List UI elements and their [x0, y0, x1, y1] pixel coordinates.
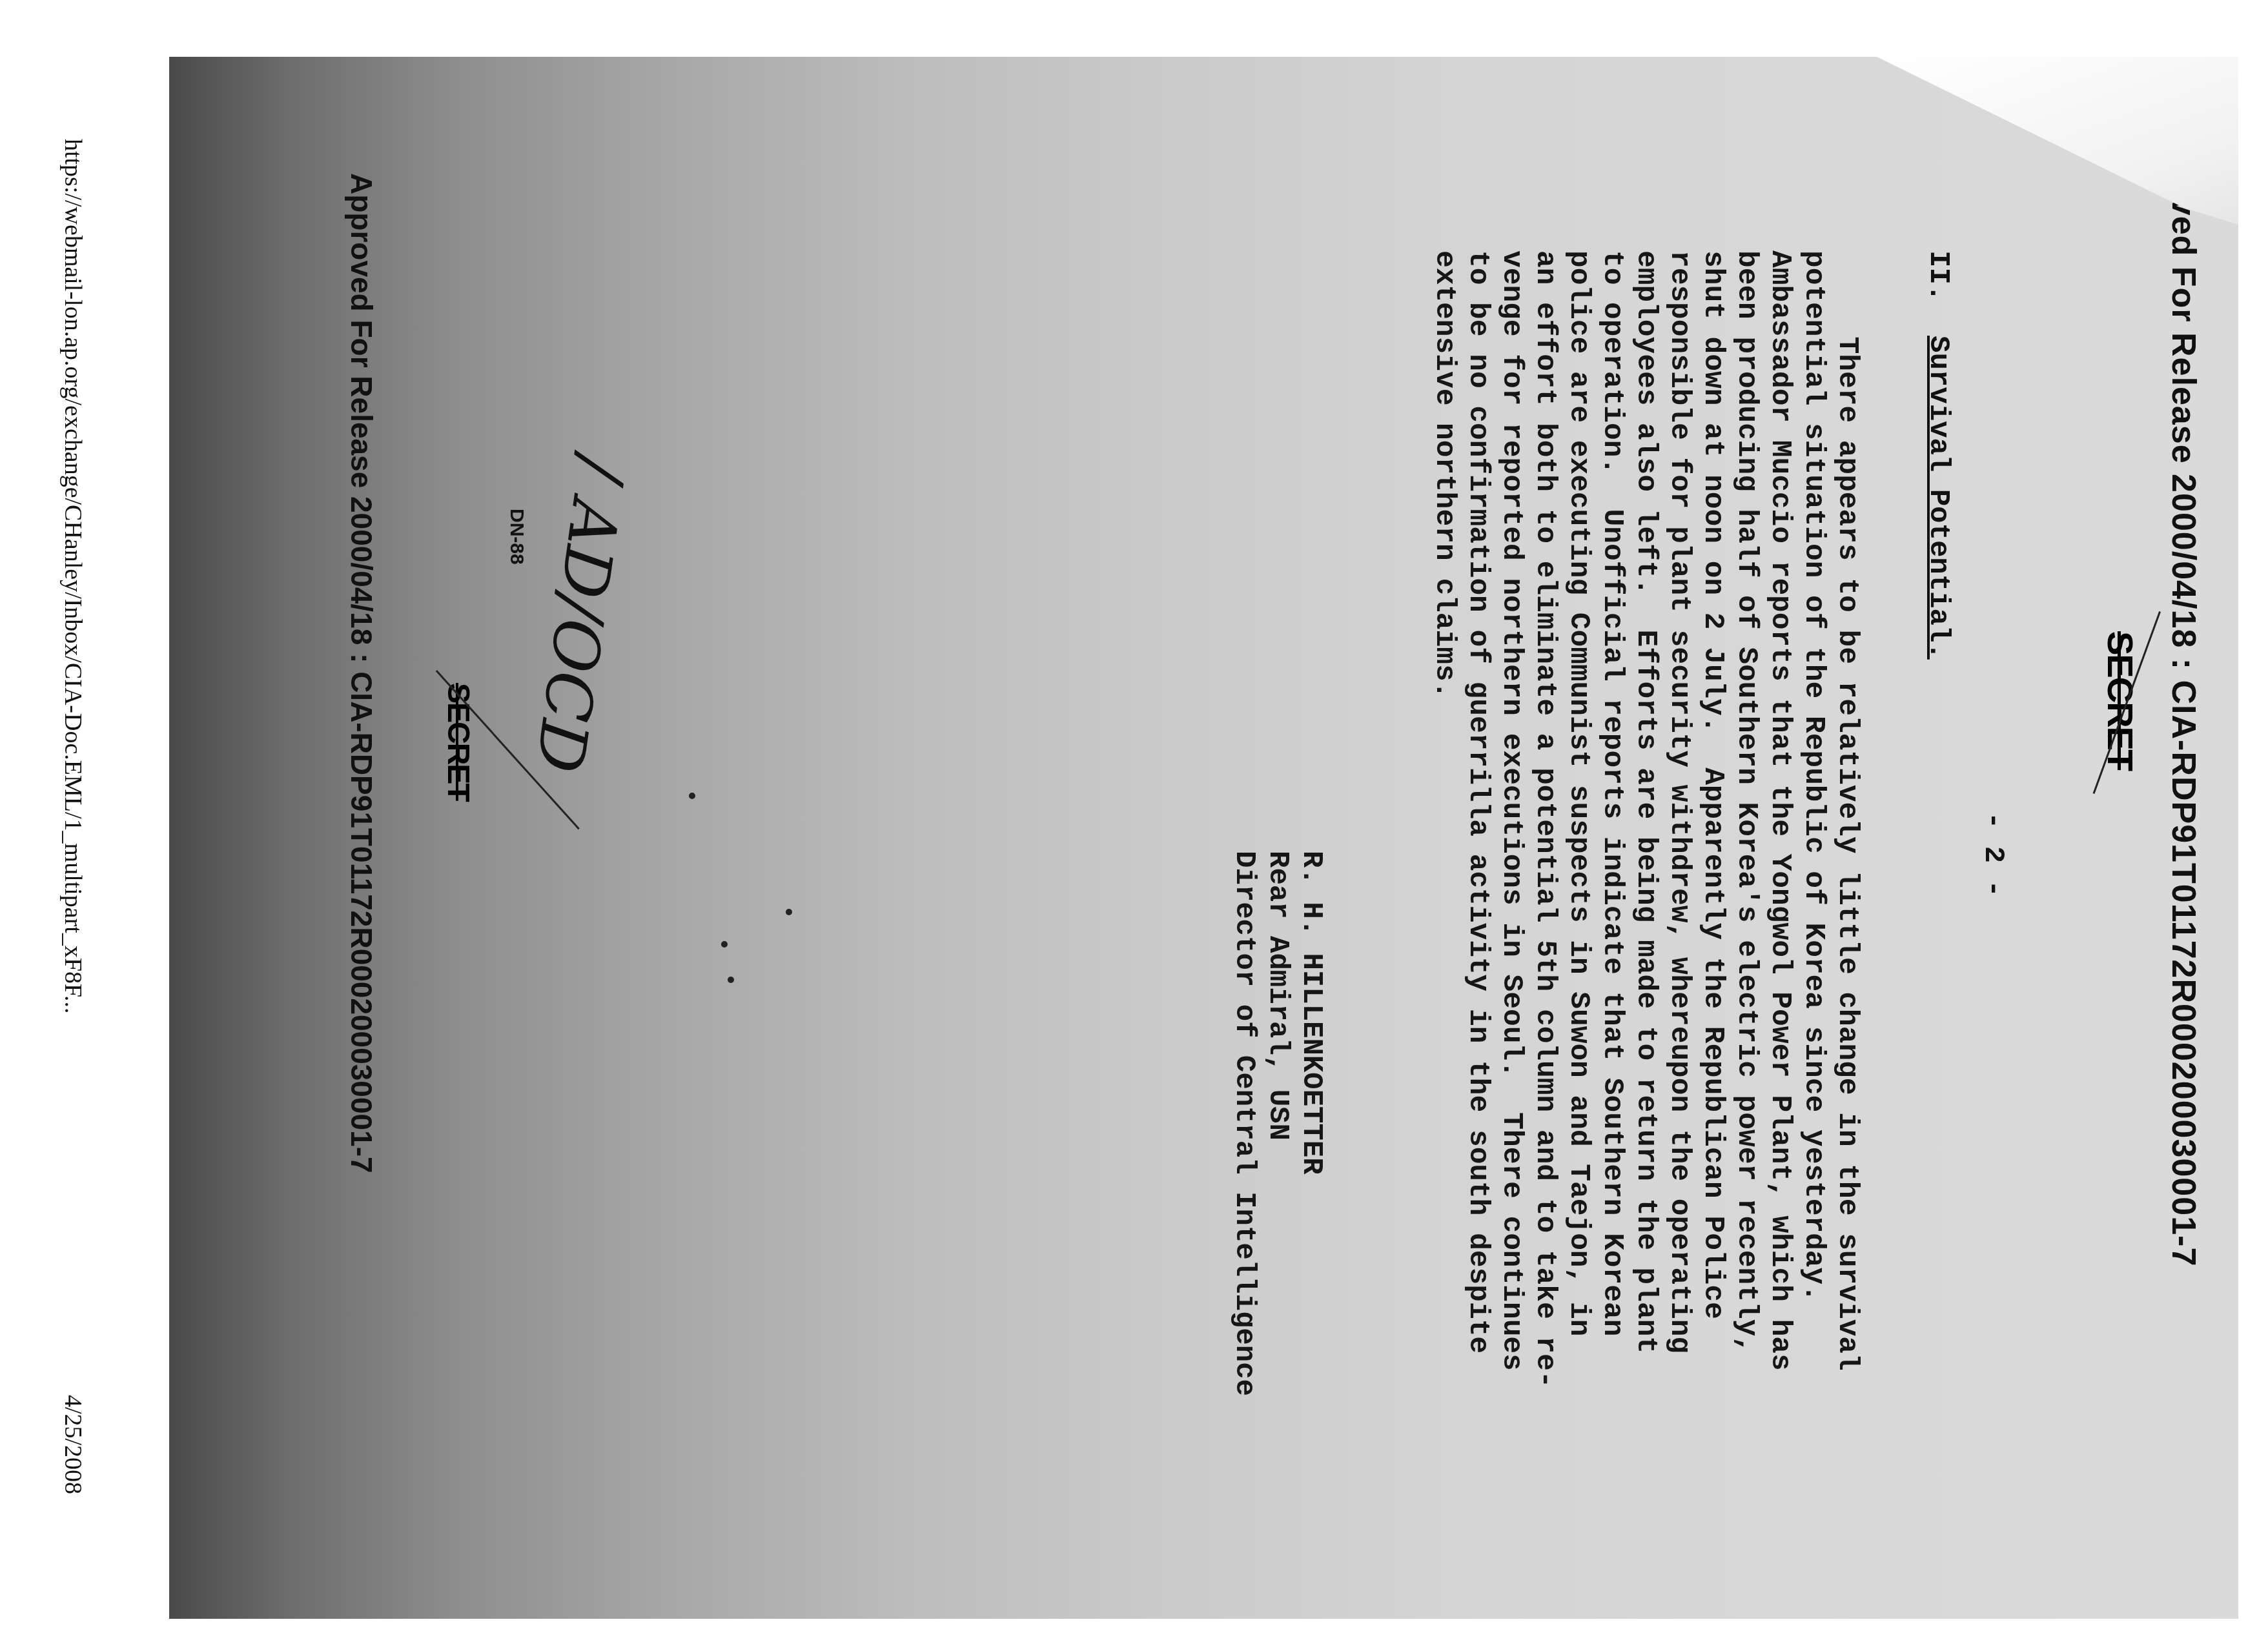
distribution-code: DN-88 — [506, 509, 527, 565]
speck — [728, 977, 734, 983]
print-url: https://webmail-lon.ap.org/exchange/CHan… — [59, 139, 87, 1014]
release-stamp-top: proved For Release 2000/04/18 : CIA-RDP9… — [2164, 141, 2203, 1266]
print-date: 4/25/2008 — [59, 1395, 87, 1494]
signature-block: R. H. HILLENKOETTER Rear Admiral, USN Di… — [1227, 851, 1328, 1396]
speck — [786, 909, 792, 915]
section-numeral: II. — [1922, 250, 1954, 301]
section-heading: II. Survival Potential. — [1922, 250, 1954, 660]
body-line: responsible for plant security withdrew,… — [1662, 250, 1696, 1541]
speck — [689, 793, 695, 799]
release-stamp-bottom: Approved For Release 2000/04/18 : CIA-RD… — [344, 173, 379, 1173]
body-line: police are executing Communist suspects … — [1562, 250, 1595, 1541]
signatory-rank: Rear Admiral, USN — [1261, 851, 1294, 1396]
body-line: to be no confirmation of guerrilla activ… — [1461, 250, 1495, 1541]
page-number: - 2 - — [1977, 812, 2009, 897]
classification-marking-top: SECRET — [2099, 631, 2141, 770]
body-line: employees also left. Efforts are being m… — [1629, 250, 1662, 1541]
body-line: potential situation of the Republic of K… — [1797, 250, 1830, 1541]
handwritten-note: / AD/OCD — [520, 453, 639, 777]
classification-marking-bottom: SECRET — [440, 683, 476, 801]
speck — [721, 941, 728, 948]
section-title: Survival Potential. — [1922, 336, 1954, 660]
scanned-document: proved For Release 2000/04/18 : CIA-RDP9… — [169, 57, 2238, 1619]
body-line: shut down at noon on 2 July. Apparently … — [1696, 250, 1730, 1541]
signatory-name: R. H. HILLENKOETTER — [1294, 851, 1328, 1396]
body-line: to operation. Unofficial reports indicat… — [1595, 250, 1629, 1541]
body-line: venge for reported northern executions i… — [1495, 250, 1528, 1541]
body-paragraph: There appears to be relatively little ch… — [1427, 250, 1864, 1541]
body-line: Ambassador Muccio reports that the Yongw… — [1763, 250, 1797, 1541]
body-line: an effort both to eliminate a potential … — [1528, 250, 1562, 1541]
body-line: There appears to be relatively little ch… — [1830, 250, 1864, 1541]
browser-print-header: https://webmail-lon.ap.org/exchange/CHan… — [39, 0, 65, 1633]
signatory-title: Director of Central Intelligence — [1227, 851, 1261, 1396]
body-line: been producing half of Southern Korea's … — [1730, 250, 1763, 1541]
body-line: extensive northern claims. — [1427, 250, 1461, 1541]
document-page: proved For Release 2000/04/18 : CIA-RDP9… — [169, 57, 2238, 1619]
